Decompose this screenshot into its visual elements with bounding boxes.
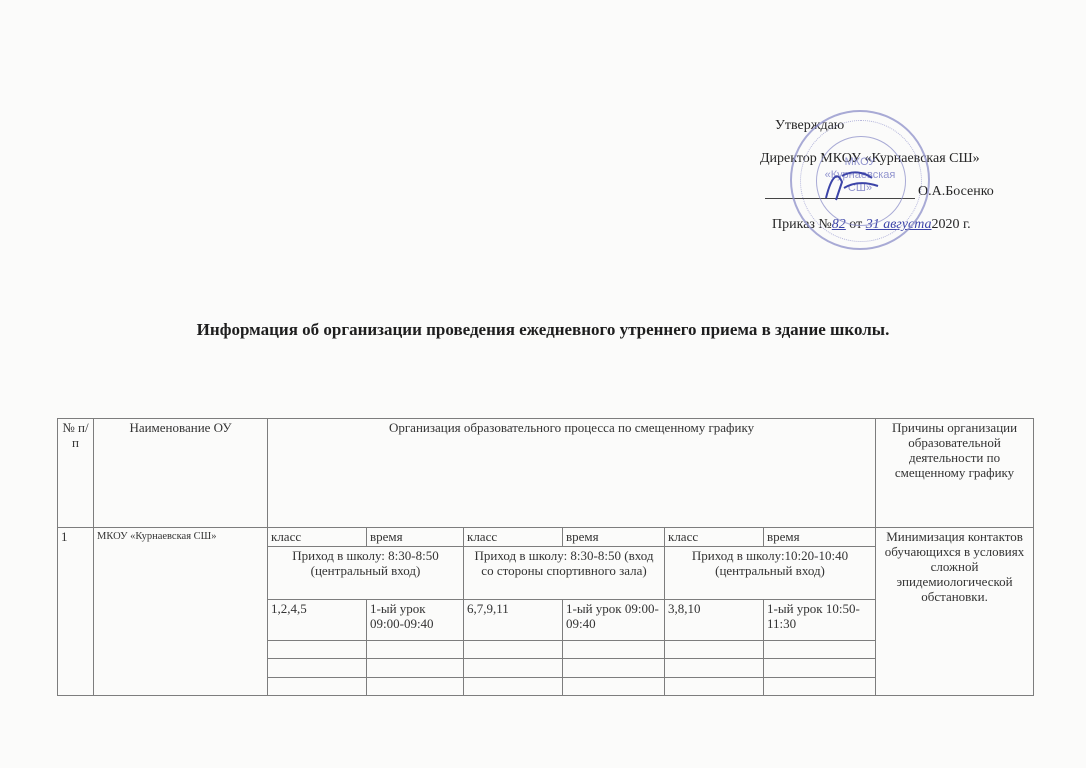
subheader-class-1: класс xyxy=(268,528,367,547)
empty-cell xyxy=(563,659,665,678)
subheader-class-2: класс xyxy=(464,528,563,547)
empty-cell xyxy=(764,678,876,696)
order-year: 2020 г. xyxy=(931,217,970,232)
empty-cell xyxy=(268,641,367,659)
empty-cell xyxy=(268,678,367,696)
header-row: № п/п Наименование ОУ Организация образо… xyxy=(58,419,1034,528)
row-reason: Минимизация контактов обучающихся в усло… xyxy=(876,528,1034,696)
empty-cell xyxy=(367,678,464,696)
empty-cell xyxy=(665,678,764,696)
classes-group-2: 6,7,9,11 xyxy=(464,600,563,641)
empty-cell xyxy=(268,659,367,678)
header-name: Наименование ОУ xyxy=(94,419,268,528)
time-group-3: 1-ый урок 10:50-11:30 xyxy=(764,600,876,641)
time-group-2: 1-ый урок 09:00-09:40 xyxy=(563,600,665,641)
row-num: 1 xyxy=(58,528,94,696)
arrival-group-3: Приход в школу:10:20-10:40 (центральный … xyxy=(665,547,876,600)
empty-cell xyxy=(665,659,764,678)
subheader-time-3: время xyxy=(764,528,876,547)
empty-cell xyxy=(563,641,665,659)
arrival-group-2: Приход в школу: 8:30-8:50 (вход со сторо… xyxy=(464,547,665,600)
header-num: № п/п xyxy=(58,419,94,528)
header-org: Организация образовательного процесса по… xyxy=(268,419,876,528)
empty-cell xyxy=(764,659,876,678)
classes-group-1: 1,2,4,5 xyxy=(268,600,367,641)
classes-group-3: 3,8,10 xyxy=(665,600,764,641)
subheader-time-1: время xyxy=(367,528,464,547)
subheader-class-3: класс xyxy=(665,528,764,547)
empty-cell xyxy=(367,659,464,678)
empty-cell xyxy=(464,641,563,659)
empty-cell xyxy=(665,641,764,659)
time-group-1: 1-ый урок 09:00-09:40 xyxy=(367,600,464,641)
page-title: Информация об организации проведения еже… xyxy=(0,320,1086,340)
schedule-table: № п/п Наименование ОУ Организация образо… xyxy=(57,418,1034,696)
empty-cell xyxy=(563,678,665,696)
signature-mark xyxy=(822,168,882,211)
header-reasons: Причины организации образовательной деят… xyxy=(876,419,1034,528)
subheader-time-2: время xyxy=(563,528,665,547)
empty-cell xyxy=(464,659,563,678)
empty-cell xyxy=(464,678,563,696)
empty-cell xyxy=(367,641,464,659)
table-row: 1 МКОУ «Курнаевская СШ» класс время клас… xyxy=(58,528,1034,547)
row-school-name: МКОУ «Курнаевская СШ» xyxy=(94,528,268,696)
empty-cell xyxy=(764,641,876,659)
arrival-group-1: Приход в школу: 8:30-8:50 (центральный в… xyxy=(268,547,464,600)
